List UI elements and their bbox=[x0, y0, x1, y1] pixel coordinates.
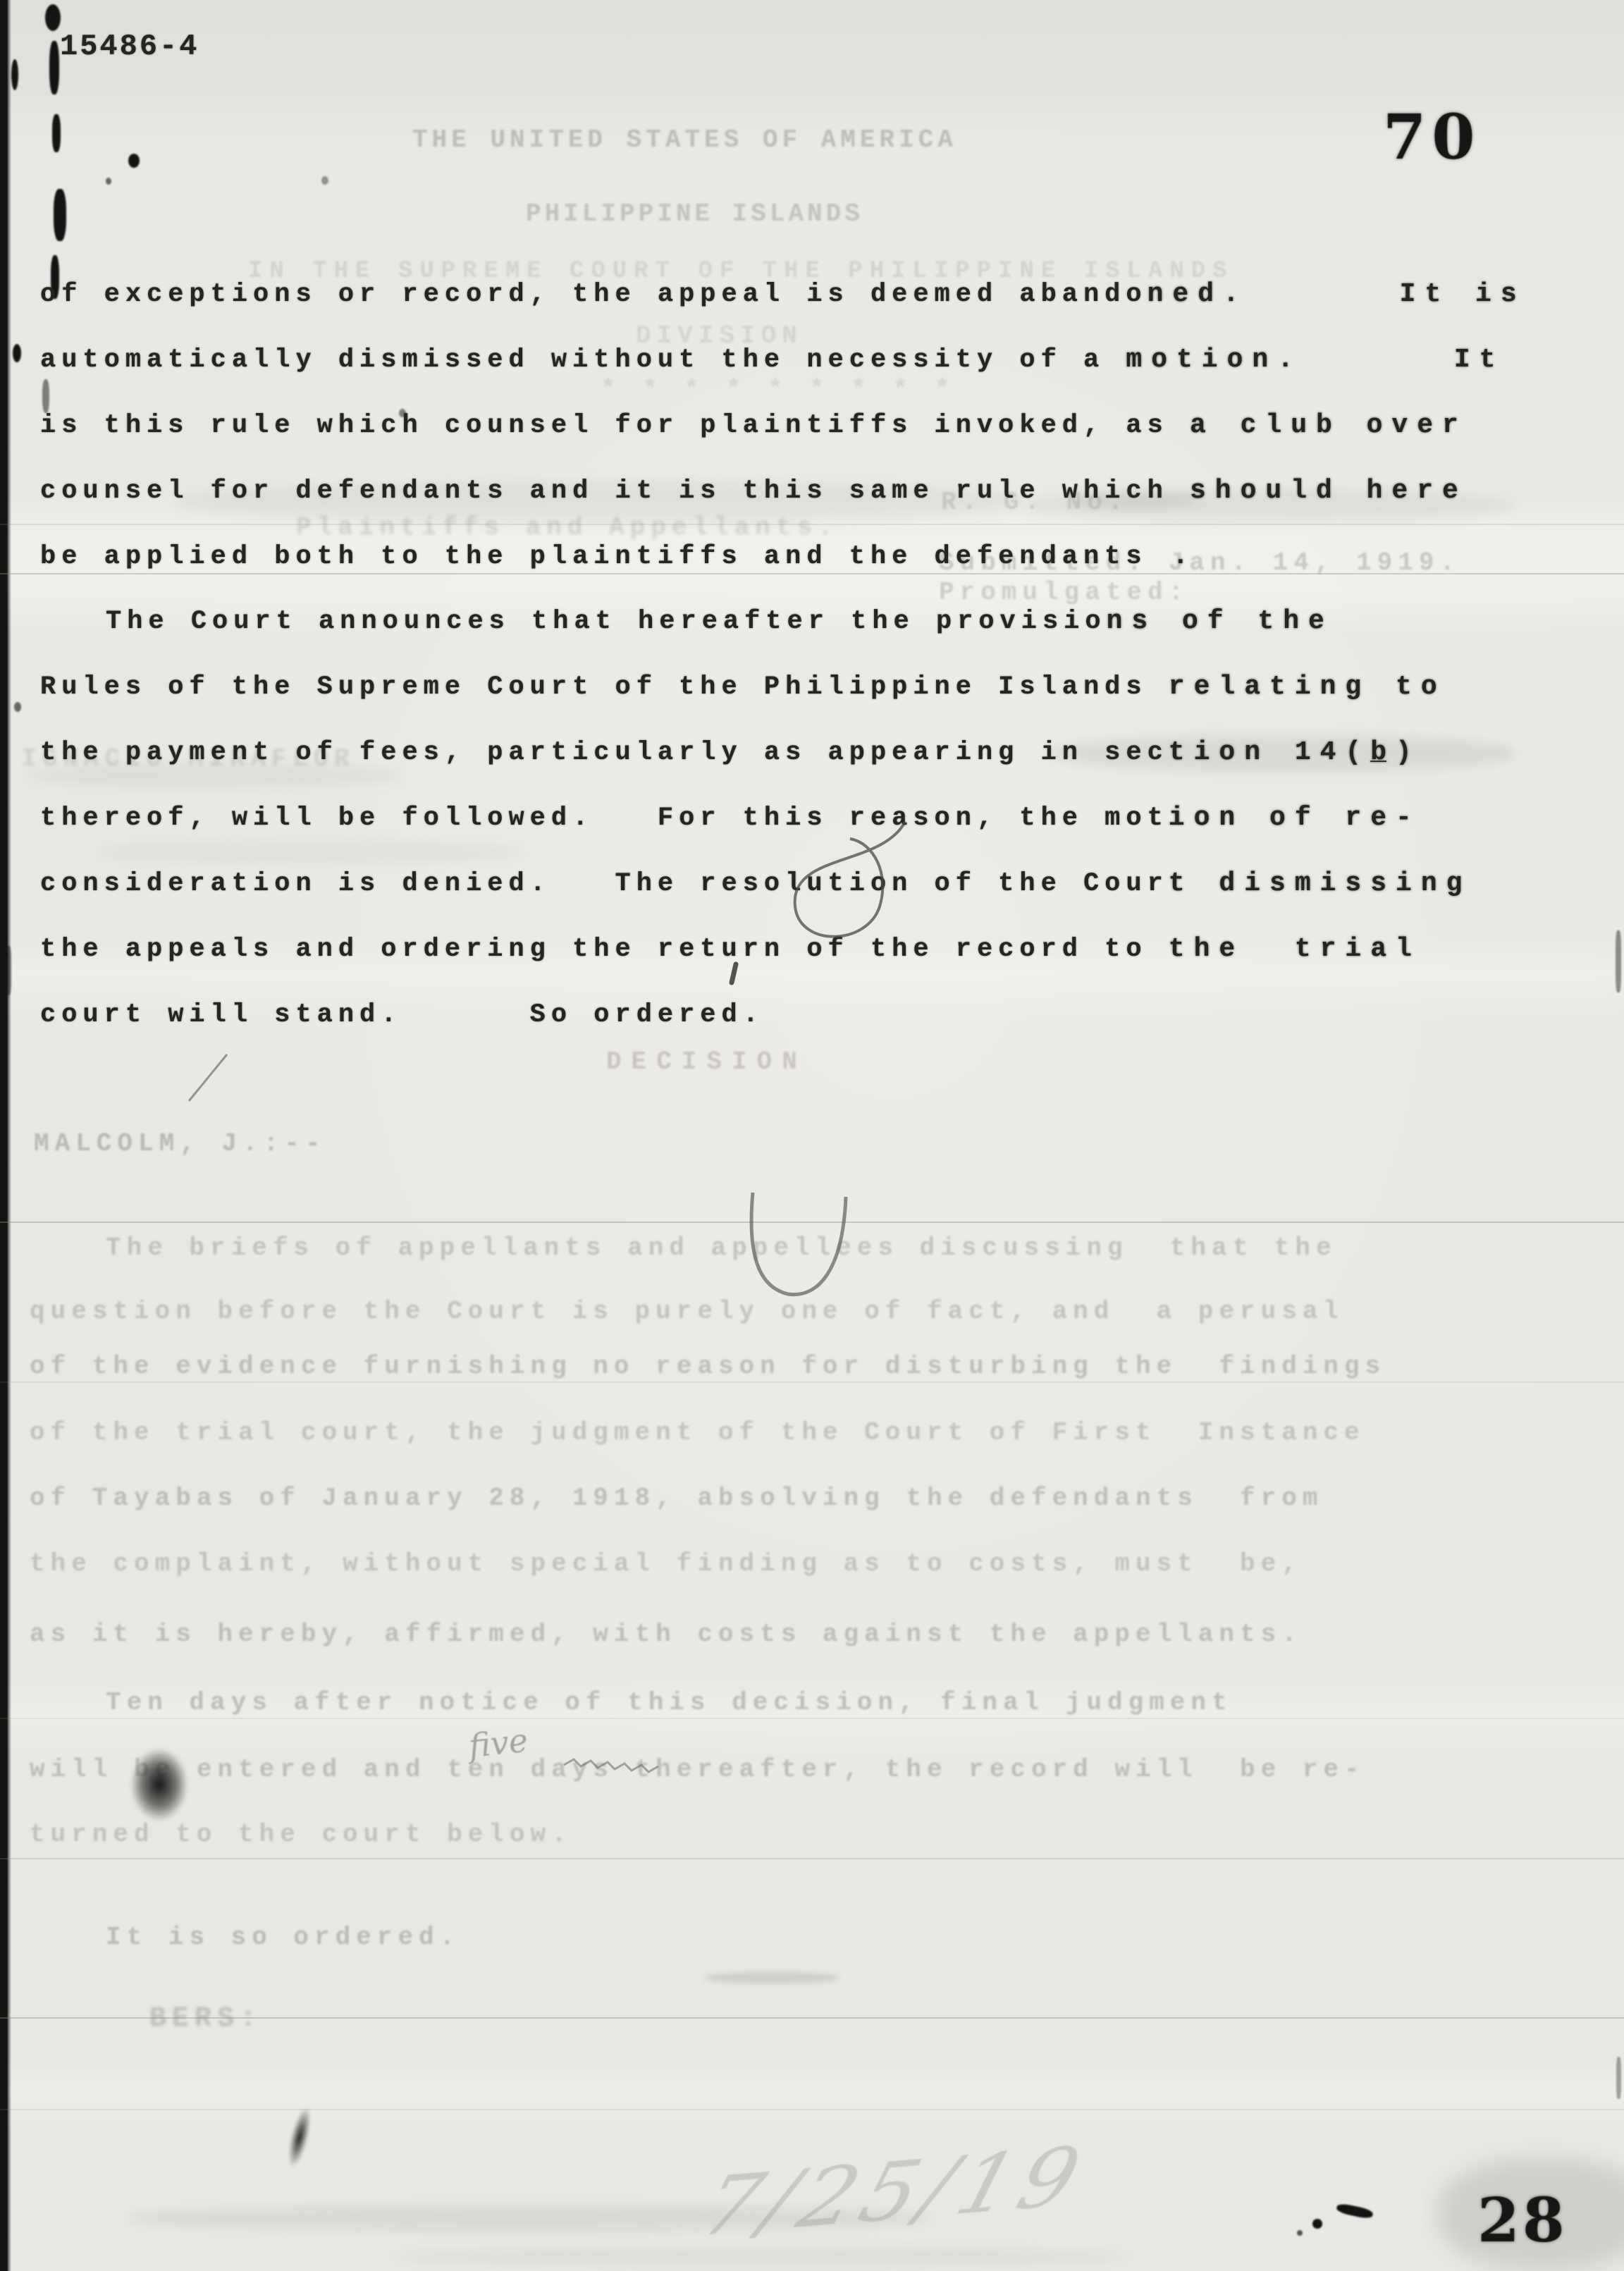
ghost-line: The briefs of appellants and appellees d… bbox=[106, 1233, 1337, 1262]
typed-text-emphasis: ion of re- bbox=[1169, 803, 1421, 833]
scan-artifact-line bbox=[0, 1381, 1624, 1383]
ghost-judge-name: MALCOLM, J.:-- bbox=[34, 1129, 326, 1158]
typed-text-emphasis: should here bbox=[1190, 476, 1468, 506]
handwritten-word-five: five bbox=[467, 1721, 529, 1765]
ink-speck bbox=[1616, 930, 1621, 992]
scanned-court-document-page: 15486-4 70 28 THE UNITED STATES OF AMERI… bbox=[0, 0, 1624, 2271]
typed-text: counsel for defendants and it is this sa… bbox=[40, 476, 1190, 506]
ink-speck bbox=[1336, 2203, 1374, 2220]
ink-speck bbox=[42, 379, 49, 413]
ink-speck bbox=[11, 59, 18, 90]
ghost-members-fragment: BERS: bbox=[149, 2003, 262, 2035]
page-number-stamp-bottom: 28 bbox=[1477, 2185, 1568, 2256]
ghost-promulgated-label: Promulgated: bbox=[939, 578, 1189, 607]
ink-speck bbox=[6, 946, 11, 995]
bleedthrough-smudge bbox=[99, 840, 522, 864]
typed-text: consideration is denied. The resolution … bbox=[40, 869, 1169, 899]
typed-text: be applied both to the plaintiffs and th… bbox=[40, 542, 1148, 572]
typed-text-emphasis: ns of the bbox=[1107, 606, 1334, 636]
typed-line: counsel for defendants and it is this sa… bbox=[40, 476, 1468, 506]
scan-artifact-line bbox=[0, 1221, 1624, 1223]
typed-text: thereof, will be followed. For this reas… bbox=[40, 804, 1169, 833]
ghost-line: question before the Court is purely one … bbox=[30, 1297, 1344, 1326]
typed-line: thereof, will be followed. For this reas… bbox=[40, 803, 1421, 833]
ink-speck bbox=[1616, 2057, 1621, 2099]
ghost-line: of Tayabas of January 28, 1918, absolvin… bbox=[30, 1484, 1323, 1513]
ink-speck bbox=[54, 189, 66, 241]
ink-speck bbox=[321, 176, 328, 185]
ink-speck bbox=[1297, 2230, 1303, 2236]
typed-text-emphasis: . bbox=[1148, 541, 1198, 572]
ghost-decision-heading: DECISION bbox=[606, 1047, 807, 1076]
document-number: 15486-4 bbox=[60, 30, 199, 63]
typed-text: The Court announces that hereafter the p… bbox=[106, 607, 1107, 636]
scan-artifact-line bbox=[0, 1858, 1624, 1859]
ghost-line: the complaint, without special finding a… bbox=[30, 1549, 1303, 1578]
pen-stroke-mark bbox=[189, 1054, 227, 1101]
ghost-heading-nation: THE UNITED STATES OF AMERICA bbox=[412, 125, 957, 154]
typed-text: automatically dismissed without the nece… bbox=[40, 345, 1126, 375]
ink-speck bbox=[49, 41, 59, 94]
ink-speck bbox=[128, 154, 140, 168]
ink-streak bbox=[284, 2105, 316, 2169]
ink-speck bbox=[1312, 2219, 1322, 2229]
ghost-stars-row: * * * * * * * * * bbox=[601, 375, 955, 404]
ghost-line: of the evidence furnishing no reason for… bbox=[30, 1352, 1386, 1381]
typed-text-emphasis: t dismissing bbox=[1169, 868, 1472, 899]
typed-text-emphasis: tion 14(b̲) bbox=[1169, 737, 1421, 768]
typed-text-emphasis: the trial bbox=[1169, 934, 1421, 964]
typed-line: be applied both to the plaintiffs and th… bbox=[40, 541, 1198, 572]
ink-speck bbox=[106, 178, 111, 185]
ghost-line: It is so ordered. bbox=[106, 1923, 460, 1952]
handwritten-date: 7/25/19 bbox=[681, 2127, 1105, 2255]
page-number-stamp-top: 70 bbox=[1383, 100, 1480, 173]
typed-text: the payment of fees, particularly as app… bbox=[40, 738, 1169, 768]
ghost-line: will be entered and ten days thereafter,… bbox=[30, 1755, 1365, 1784]
typed-text: Rules of the Supreme Court of the Philip… bbox=[40, 672, 1169, 702]
typed-line: The Court announces that hereafter the p… bbox=[106, 606, 1334, 636]
ink-speck bbox=[13, 344, 21, 362]
typed-text: court will stand. So ordered. bbox=[40, 1000, 764, 1030]
typed-line: automatically dismissed without the nece… bbox=[40, 345, 1504, 375]
typed-text-emphasis: a club over bbox=[1190, 410, 1468, 441]
scan-left-edge bbox=[0, 0, 11, 2271]
typed-text-emphasis: motion. It bbox=[1126, 345, 1504, 375]
ghost-heading-territory: PHILIPPINE ISLANDS bbox=[526, 199, 863, 228]
ink-blot bbox=[130, 1748, 188, 1821]
scan-artifact-line bbox=[0, 1718, 1624, 1719]
typed-text-emphasis: ned. It is bbox=[1148, 279, 1526, 309]
ink-speck bbox=[52, 114, 61, 152]
typed-line: the payment of fees, particularly as app… bbox=[40, 737, 1421, 768]
typed-line: the appeals and ordering the return of t… bbox=[40, 934, 1421, 964]
typed-line: of exceptions or record, the appeal is d… bbox=[40, 279, 1526, 309]
ink-speck bbox=[45, 4, 61, 31]
ghost-line: Ten days after notice of this decision, … bbox=[106, 1688, 1233, 1717]
bleedthrough-smudge bbox=[705, 1972, 839, 1983]
ghost-line: turned to the court below. bbox=[30, 1820, 572, 1849]
ghost-line: of the trial court, the judgment of the … bbox=[30, 1418, 1365, 1447]
typed-line: is this rule which counsel for plaintiff… bbox=[40, 410, 1468, 441]
typed-text: the appeals and ordering the return of t… bbox=[40, 935, 1169, 964]
ghost-caption-appellants: Plaintiffs and Appellants. bbox=[296, 513, 839, 542]
typed-line: court will stand. So ordered. bbox=[40, 999, 764, 1030]
typed-line: consideration is denied. The resolution … bbox=[40, 868, 1471, 899]
typed-text-emphasis: relating to bbox=[1169, 672, 1446, 702]
typed-line: Rules of the Supreme Court of the Philip… bbox=[40, 672, 1446, 702]
typed-text: is this rule which counsel for plaintiff… bbox=[40, 411, 1190, 441]
ghost-line: as it is hereby, affirmed, with costs ag… bbox=[30, 1620, 1303, 1649]
bleedthrough-smudge bbox=[395, 2247, 1128, 2267]
ink-speck bbox=[14, 702, 21, 712]
scan-artifact-line bbox=[0, 2109, 1624, 2110]
pen-tick-mark bbox=[732, 964, 736, 983]
typed-text: of exceptions or record, the appeal is d… bbox=[40, 280, 1148, 309]
